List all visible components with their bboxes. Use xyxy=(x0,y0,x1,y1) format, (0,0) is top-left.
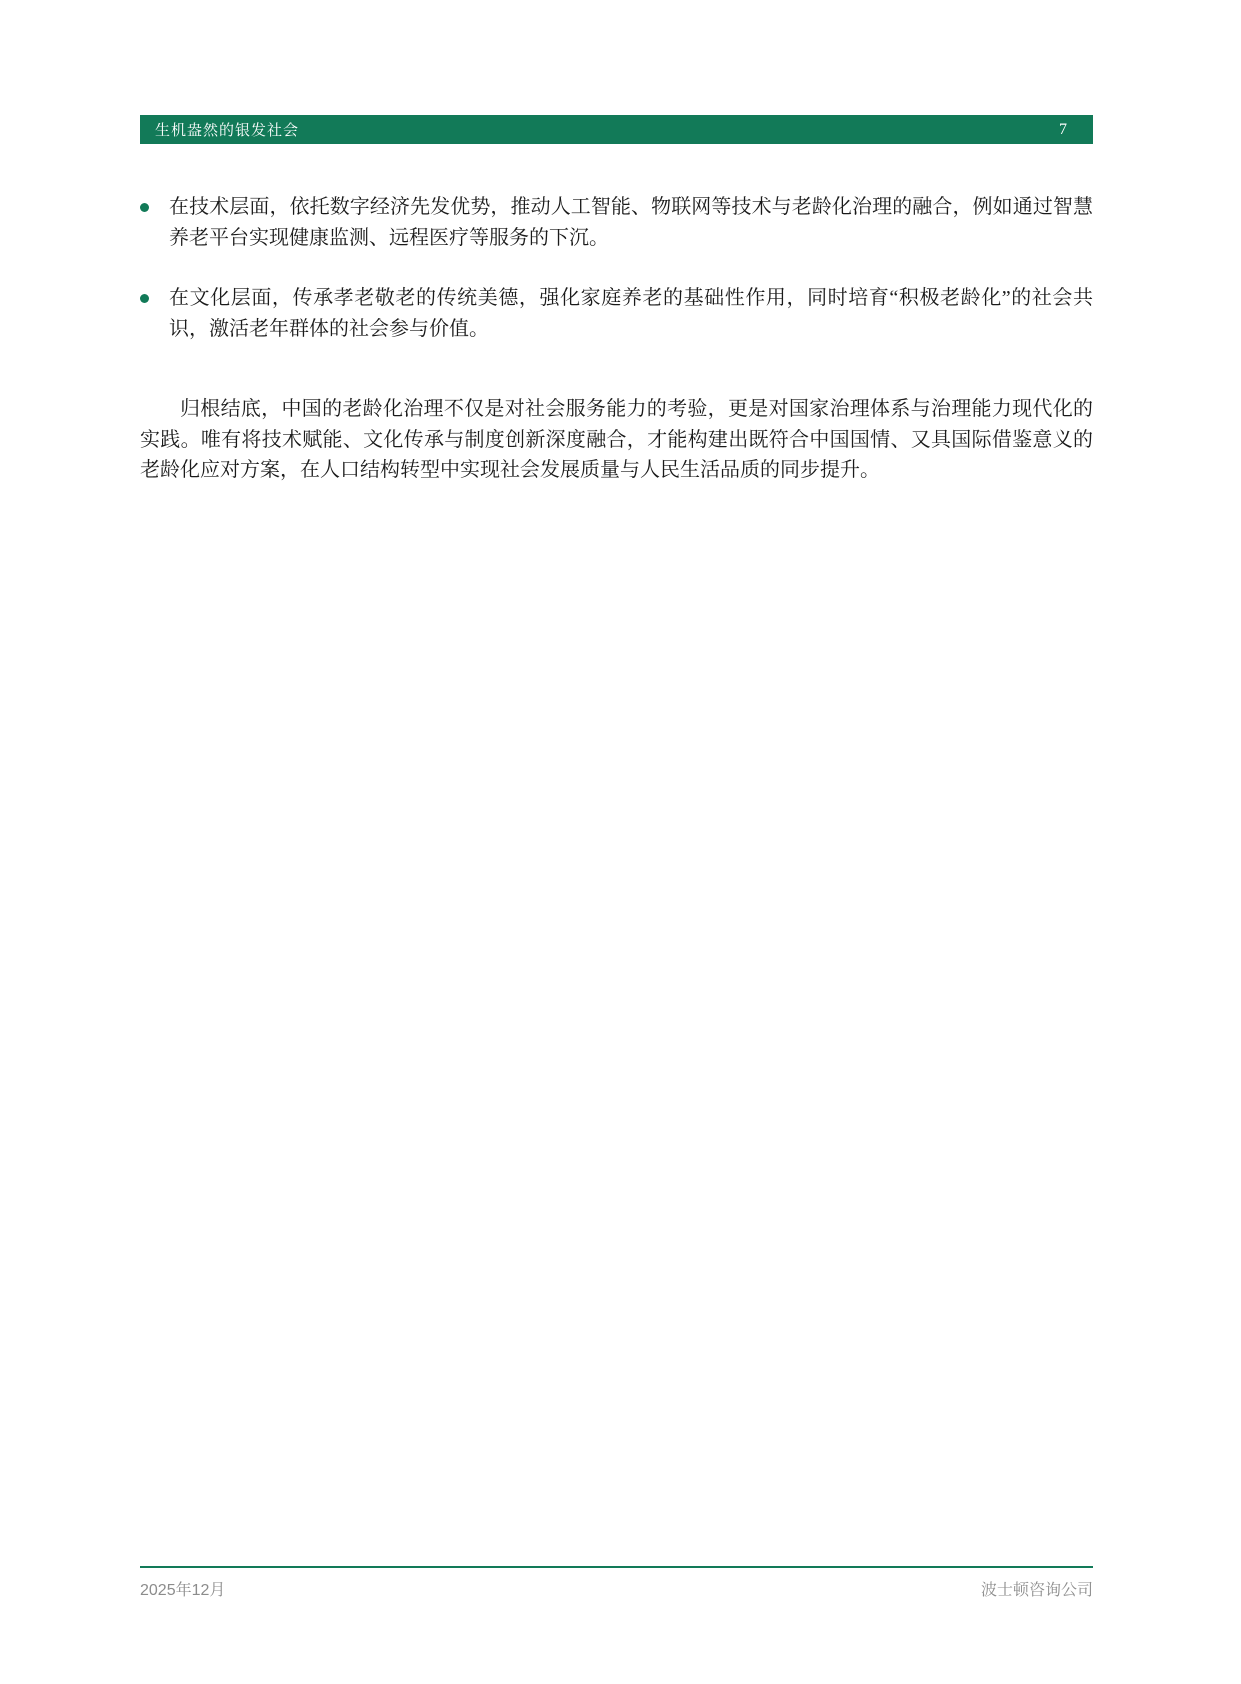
body-content: 在技术层面，依托数字经济先发优势，推动人工智能、物联网等技术与老龄化治理的融合，… xyxy=(140,192,1093,486)
footer-date: 2025年12月 xyxy=(140,1577,225,1600)
bullet-text: 在技术层面，依托数字经济先发优势，推动人工智能、物联网等技术与老龄化治理的融合，… xyxy=(169,192,1093,254)
list-item: 在技术层面，依托数字经济先发优势，推动人工智能、物联网等技术与老龄化治理的融合，… xyxy=(140,192,1093,254)
closing-paragraph: 归根结底，中国的老龄化治理不仅是对社会服务能力的考验，更是对国家治理体系与治理能… xyxy=(140,394,1093,486)
document-page: 生机盎然的银发社会 7 在技术层面，依托数字经济先发优势，推动人工智能、物联网等… xyxy=(0,0,1241,1684)
bullet-marker xyxy=(140,192,169,212)
page-header-bar: 生机盎然的银发社会 7 xyxy=(140,115,1093,144)
page-number: 7 xyxy=(1059,121,1067,139)
chapter-title: 生机盎然的银发社会 xyxy=(155,119,299,140)
bullet-dot-icon xyxy=(140,203,149,212)
bullet-text: 在文化层面，传承孝老敬老的传统美德，强化家庭养老的基础性作用，同时培育“积极老龄… xyxy=(169,283,1093,345)
bullet-marker xyxy=(140,283,169,303)
footer-company: 波士顿咨询公司 xyxy=(981,1577,1093,1600)
list-item: 在文化层面，传承孝老敬老的传统美德，强化家庭养老的基础性作用，同时培育“积极老龄… xyxy=(140,283,1093,345)
bullet-dot-icon xyxy=(140,294,149,303)
page-footer: 2025年12月 波士顿咨询公司 xyxy=(140,1566,1093,1600)
